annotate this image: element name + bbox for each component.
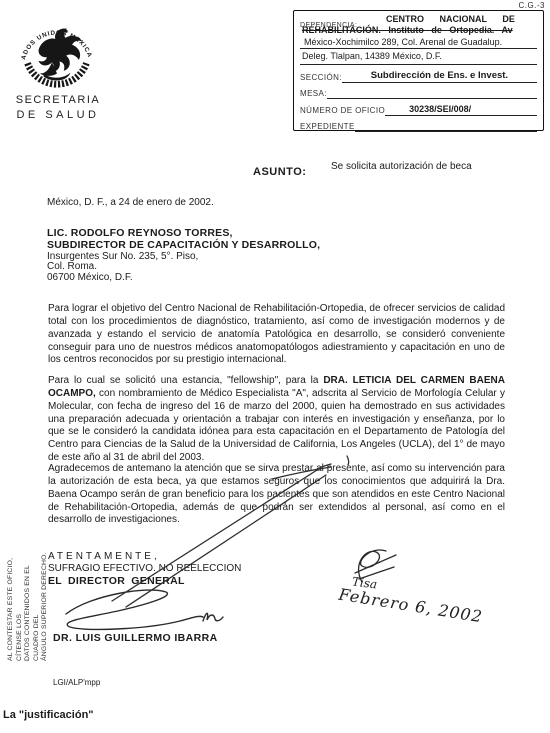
form-code: C.G.-3 (518, 1, 545, 10)
closing-block: ATENTAMENTE, SUFRAGIO EFECTIVO. NO REELE… (48, 551, 241, 587)
body-paragraph-3: Agradecemos de antemano la atención que … (48, 463, 505, 527)
closing-atentamente: ATENTAMENTE, (48, 551, 241, 563)
expediente-row: EXPEDIENTE (300, 121, 537, 132)
mesa-label: MESA: (300, 89, 327, 99)
national-seal-icon: ESTADOS UNIDOS MEXICANOS (15, 12, 99, 96)
agency-name: SECRETARIA DE SALUD (14, 94, 102, 121)
body-paragraph-2: Para lo cual se solicitó una estancia, "… (48, 375, 505, 465)
page-caption: La "justificación" (3, 709, 94, 721)
mesa-blank-line (327, 88, 537, 99)
margin-note-line1: AL CONTESTAR ESTE OFICIO, CÍTENSE LOS (7, 543, 24, 661)
mesa-row: MESA: (300, 88, 537, 99)
scanned-letter-page: C.G.-3 ESTADOS UNIDOS MEXICANOS SECRETAR… (0, 0, 550, 733)
recipient-address-line3: 06700 México, D.F. (47, 273, 320, 284)
numero-oficio-label: NÚMERO DE OFICIO (300, 106, 385, 116)
struck-text: Instituto de Ortopedia. Av (381, 25, 513, 35)
expediente-blank-line (355, 121, 537, 132)
body-paragraph-1: Para lograr el objetivo del Centro Nacio… (48, 303, 505, 367)
subject-value: Se solicita autorización de beca (331, 161, 472, 172)
closing-sufragio: SUFRAGIO EFECTIVO. NO REELECCION (48, 563, 241, 575)
reference-initials: LGI/ALP'mpp (53, 678, 100, 687)
agency-name-line2: DE SALUD (14, 109, 102, 121)
agency-name-line1: SECRETARIA (14, 94, 102, 106)
seccion-row: SECCIÓN: Subdirección de Ens. e Invest. (300, 70, 537, 83)
recipient-block: LIC. RODOLFO REYNOSO TORRES, SUBDIRECTOR… (47, 228, 320, 284)
paragraph-2-text: Para lo cual se solicitó una estancia, "… (48, 375, 323, 386)
numero-oficio-row: NÚMERO DE OFICIO 30238/SEI/008/ (300, 104, 537, 116)
dependencia-address-line2: Deleg. Tlalpan, 14389 México, D.F. (300, 49, 537, 65)
reference-box: DEPENDENCIA: CENTRO NACIONAL DE REHABILI… (293, 10, 544, 131)
expediente-label: EXPEDIENTE (300, 122, 355, 132)
paragraph-2-text-continued: con nombramiento de Médico Especialista … (48, 388, 505, 463)
subject-label: ASUNTO: (253, 166, 306, 178)
signer-name: DR. LUIS GUILLERMO IBARRA (53, 632, 218, 644)
handwritten-date: Febrero 6, 2002 (337, 585, 484, 627)
dependencia-row: DEPENDENCIA: CENTRO NACIONAL DE REHABILI… (300, 14, 537, 37)
dependencia-value-line2: REHABILITACIÓN. Instituto de Ortopedia. … (302, 25, 513, 35)
seccion-value: Subdirección de Ens. e Invest. (342, 70, 537, 83)
numero-oficio-value: 30238/SEI/008/ (385, 104, 537, 116)
seccion-label: SECCIÓN: (300, 73, 342, 83)
signature-icon (52, 588, 237, 638)
dependencia-address-line1: México-Xochimilco 289, Col. Arenal de Gu… (300, 37, 537, 49)
margin-note-line2: DATOS CONTENIDOS EN EL CUADRO DEL (24, 543, 41, 661)
dependencia-value-line1: CENTRO NACIONAL DE (386, 14, 515, 24)
recipient-title: SUBDIRECTOR DE CAPACITACIÓN Y DESARROLLO… (47, 240, 320, 252)
closing-director-general: EL DIRECTOR GENERAL (48, 575, 241, 587)
margin-instruction-note: AL CONTESTAR ESTE OFICIO, CÍTENSE LOS DA… (7, 543, 50, 661)
margin-note-line3: ÁNGULO SUPERIOR DERECHO. (41, 543, 50, 661)
dateline: México, D. F., a 24 de enero de 2002. (47, 197, 214, 208)
